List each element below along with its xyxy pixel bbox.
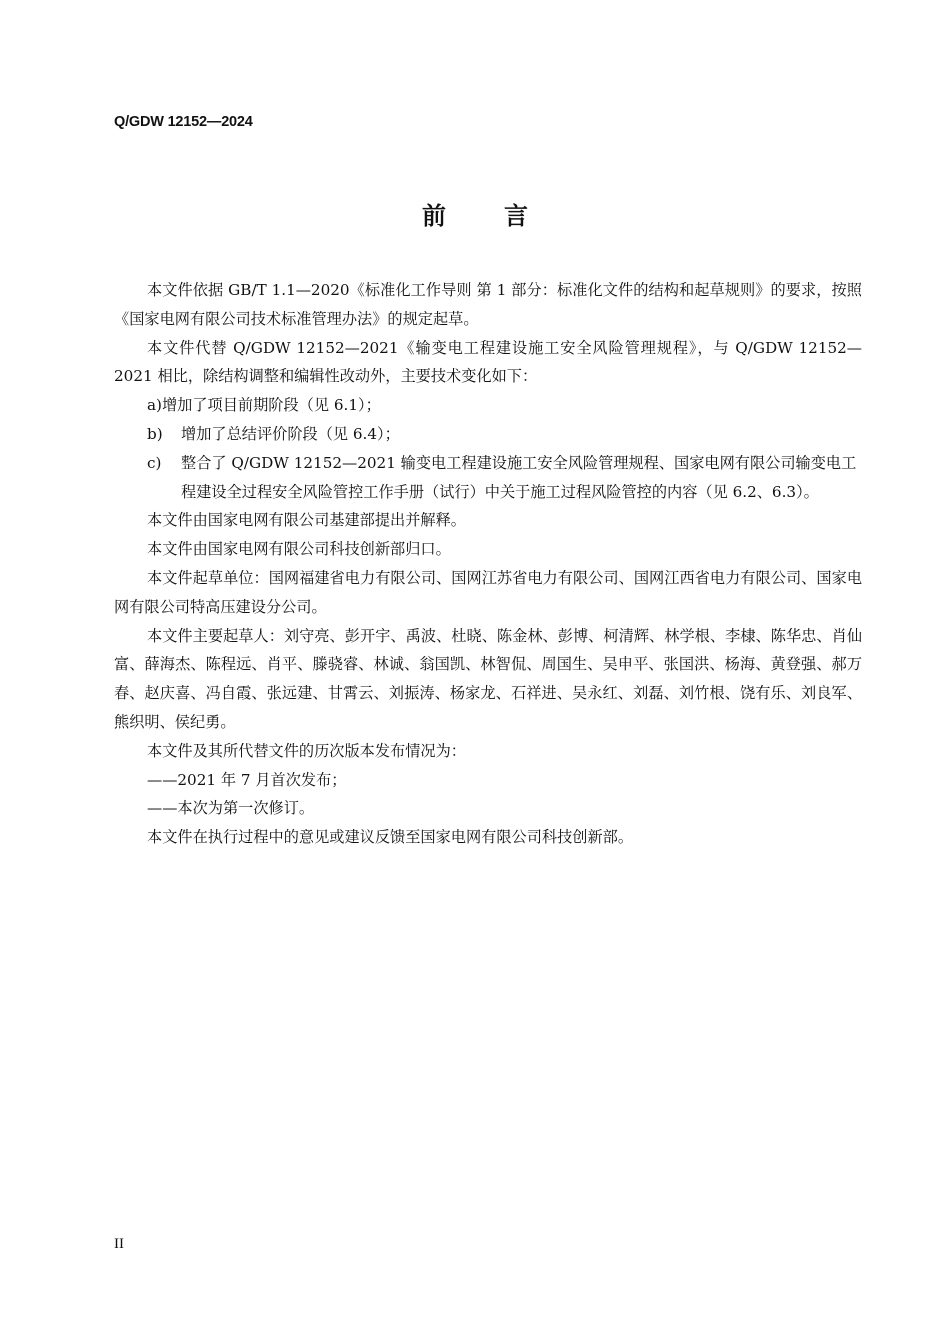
- page-title: 前言: [0, 196, 950, 231]
- history-item-2: ——本次为第一次修订。: [114, 794, 862, 823]
- change-item-a: a)增加了项目前期阶段（见 6.1）；: [114, 391, 862, 420]
- paragraph-centralized: 本文件由国家电网有限公司科技创新部归口。: [114, 535, 862, 564]
- paragraph-drafting-units: 本文件起草单位：国网福建省电力有限公司、国网江苏省电力有限公司、国网江西省电力有…: [114, 564, 862, 622]
- page-number: II: [114, 1236, 124, 1253]
- document-body: 本文件依据 GB/T 1.1—2020《标准化工作导则 第 1 部分：标准化文件…: [114, 276, 862, 852]
- standard-code: Q/GDW 12152—2024: [114, 114, 253, 130]
- title-char-2: 言: [504, 196, 528, 231]
- paragraph-replaces: 本文件代替 Q/GDW 12152—2021《输变电工程建设施工安全风险管理规程…: [114, 334, 862, 392]
- change-label-c: c): [147, 449, 161, 478]
- paragraph-proposer: 本文件由国家电网有限公司基建部提出并解释。: [114, 506, 862, 535]
- paragraph-basis: 本文件依据 GB/T 1.1—2020《标准化工作导则 第 1 部分：标准化文件…: [114, 276, 862, 334]
- change-text-a: 增加了项目前期阶段（见 6.1）；: [162, 396, 381, 414]
- title-char-1: 前: [422, 196, 446, 231]
- change-item-c: c)整合了 Q/GDW 12152—2021 输变电工程建设施工安全风险管理规程…: [114, 449, 862, 507]
- change-text-b: 增加了总结评价阶段（见 6.4）；: [181, 425, 400, 443]
- paragraph-feedback: 本文件在执行过程中的意见或建议反馈至国家电网有限公司科技创新部。: [114, 823, 862, 852]
- change-label-b: b): [147, 420, 163, 449]
- history-item-1: ——2021 年 7 月首次发布；: [114, 766, 862, 795]
- change-item-b: b)增加了总结评价阶段（见 6.4）；: [114, 420, 862, 449]
- paragraph-drafters: 本文件主要起草人：刘守亮、彭开宇、禹波、杜晓、陈金林、彭博、柯清辉、林学根、李棣…: [114, 622, 862, 737]
- change-label-a: a): [147, 396, 162, 414]
- paragraph-history-intro: 本文件及其所代替文件的历次版本发布情况为：: [114, 737, 862, 766]
- change-text-c: 整合了 Q/GDW 12152—2021 输变电工程建设施工安全风险管理规程、国…: [181, 454, 856, 501]
